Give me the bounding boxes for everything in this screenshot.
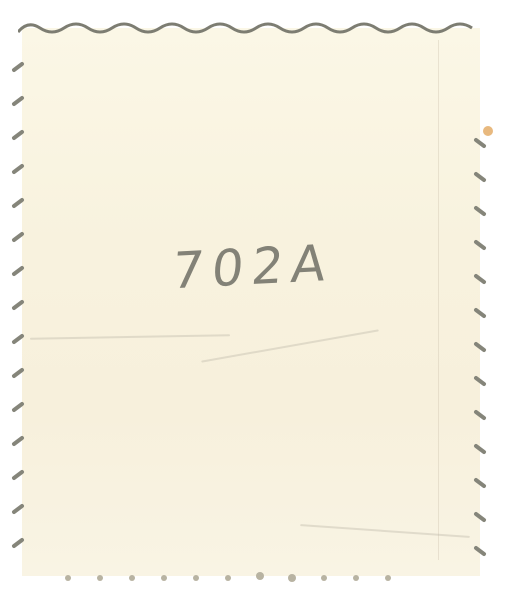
pencil-notation: 702A: [170, 234, 337, 301]
perforation-right: [470, 130, 492, 570]
stamp-back: [22, 28, 480, 576]
perforation-bottom: [40, 568, 480, 588]
paper-fold-line: [438, 40, 439, 560]
perforation-top: [18, 18, 478, 40]
perforation-left: [6, 50, 28, 570]
stain-spot: [483, 126, 493, 136]
